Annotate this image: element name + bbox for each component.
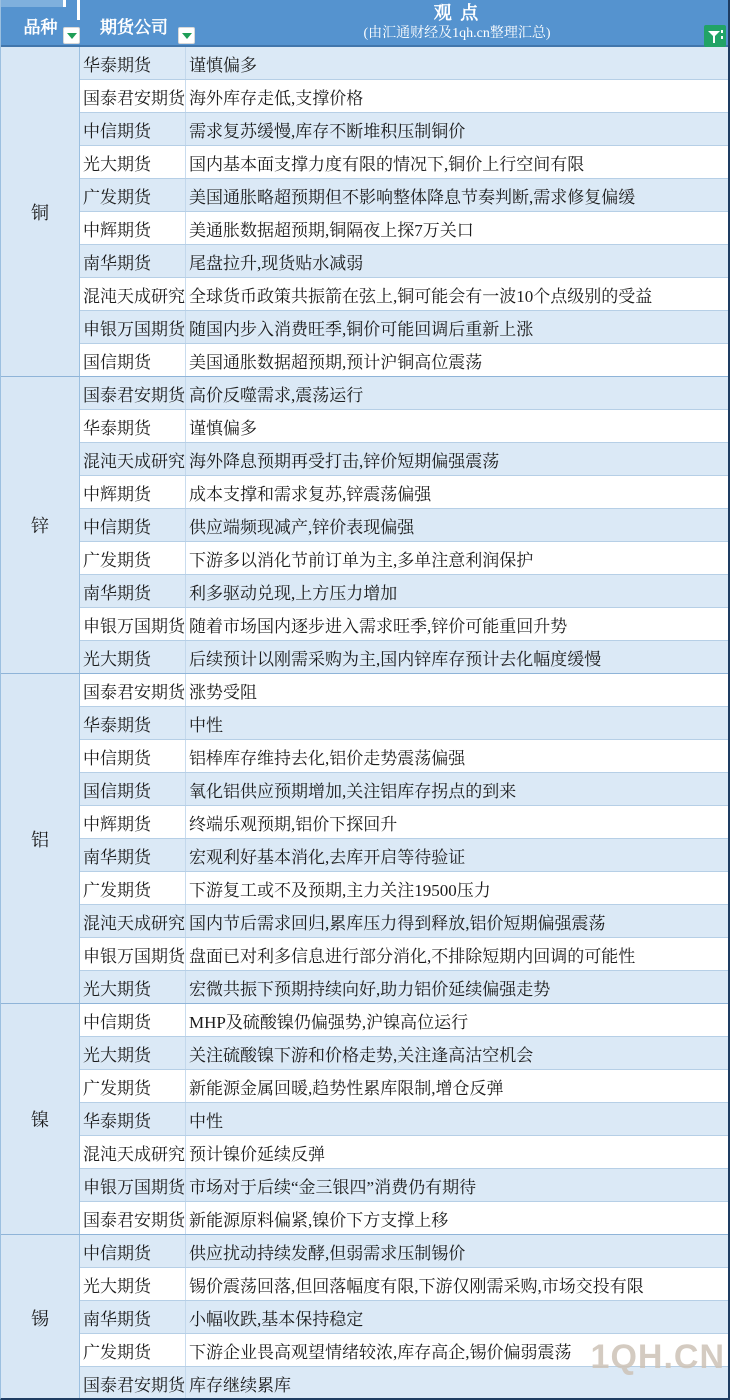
- variety-cell[interactable]: 镍: [1, 1004, 80, 1234]
- table-row: 国泰君安期货库存继续累库: [80, 1367, 728, 1400]
- variety-filter-dropdown-icon[interactable]: [63, 27, 80, 44]
- filter-dots-icon: [721, 30, 723, 42]
- section-rows: 华泰期货谨慎偏多国泰君安期货海外库存走低,支撑价格中信期货需求复苏缓慢,库存不断…: [80, 47, 728, 376]
- view-cell[interactable]: 涨势受阻: [186, 674, 728, 706]
- table-row: 光大期货国内基本面支撑力度有限的情况下,铜价上行空间有限: [80, 146, 728, 179]
- table-row: 光大期货锡价震荡回落,但回落幅度有限,下游仅刚需采购,市场交投有限: [80, 1268, 728, 1301]
- company-cell[interactable]: 广发期货: [80, 542, 186, 574]
- view-cell[interactable]: 随着市场国内逐步进入需求旺季,锌价可能重回升势: [186, 608, 728, 640]
- view-cell[interactable]: 盘面已对利多信息进行部分消化,不排除短期内回调的可能性: [186, 938, 728, 970]
- variety-cell[interactable]: 铝: [1, 674, 80, 1003]
- view-cell[interactable]: 供应端频现减产,锌价表现偏强: [186, 509, 728, 541]
- company-cell[interactable]: 广发期货: [80, 1070, 186, 1102]
- view-cell[interactable]: 尾盘拉升,现货贴水减弱: [186, 245, 728, 277]
- view-cell[interactable]: 下游企业畏高观望情绪较浓,库存高企,锡价偏弱震荡: [186, 1334, 728, 1366]
- company-cell[interactable]: 混沌天成研究: [80, 278, 186, 310]
- table-row: 南华期货尾盘拉升,现货贴水减弱: [80, 245, 728, 278]
- table-row: 广发期货下游复工或不及预期,主力关注19500压力: [80, 872, 728, 905]
- table-row: 光大期货后续预计以刚需采购为主,国内锌库存预计去化幅度缓慢: [80, 641, 728, 673]
- company-cell[interactable]: 申银万国期货: [80, 938, 186, 970]
- view-cell[interactable]: 美国通胀略超预期但不影响整体降息节奏判断,需求修复偏缓: [186, 179, 728, 211]
- table-row: 中辉期货美通胀数据超预期,铜隔夜上探7万关口: [80, 212, 728, 245]
- variety-cell[interactable]: 锌: [1, 377, 80, 673]
- company-cell[interactable]: 中辉期货: [80, 476, 186, 508]
- table-row: 中信期货铝棒库存维持去化,铝价走势震荡偏强: [80, 740, 728, 773]
- company-cell[interactable]: 南华期货: [80, 575, 186, 607]
- company-cell[interactable]: 中信期货: [80, 1235, 186, 1267]
- view-cell[interactable]: 新能源原料偏紧,镍价下方支撑上移: [186, 1202, 728, 1234]
- table-row: 光大期货宏微共振下预期持续向好,助力铝价延续偏强走势: [80, 971, 728, 1003]
- table-row: 光大期货关注硫酸镍下游和价格走势,关注逢高沽空机会: [80, 1037, 728, 1070]
- table-body: 铜华泰期货谨慎偏多国泰君安期货海外库存走低,支撑价格中信期货需求复苏缓慢,库存不…: [1, 47, 728, 1400]
- commodity-section: 铝国泰君安期货涨势受阻华泰期货中性中信期货铝棒库存维持去化,铝价走势震荡偏强国信…: [1, 674, 728, 1004]
- company-cell[interactable]: 南华期货: [80, 839, 186, 871]
- table-row: 中信期货供应端频现减产,锌价表现偏强: [80, 509, 728, 542]
- variety-cell[interactable]: 铜: [1, 47, 80, 376]
- company-cell[interactable]: 国泰君安期货: [80, 1367, 186, 1400]
- company-cell[interactable]: 国信期货: [80, 344, 186, 376]
- table-row: 广发期货下游多以消化节前订单为主,多单注意利润保护: [80, 542, 728, 575]
- company-cell[interactable]: 申银万国期货: [80, 608, 186, 640]
- view-cell[interactable]: 氧化铝供应预期增加,关注铝库存拐点的到来: [186, 773, 728, 805]
- view-cell[interactable]: 海外降息预期再受打击,锌价短期偏强震荡: [186, 443, 728, 475]
- company-header-label: 期货公司: [100, 13, 168, 38]
- company-cell[interactable]: 光大期货: [80, 1037, 186, 1069]
- table-row: 混沌天成研究全球货币政策共振箭在弦上,铜可能会有一波10个点级别的受益: [80, 278, 728, 311]
- table-header: 品种 期货公司 观 点 (由汇通财经及1qh.cn整理汇总): [1, 0, 728, 47]
- table-row: 中信期货供应扰动持续发酵,但弱需求压制锡价: [80, 1235, 728, 1268]
- view-cell[interactable]: 中性: [186, 1103, 728, 1135]
- column-header-company[interactable]: 期货公司: [80, 0, 186, 45]
- company-cell[interactable]: 混沌天成研究: [80, 443, 186, 475]
- company-cell[interactable]: 中信期货: [80, 509, 186, 541]
- company-cell[interactable]: 广发期货: [80, 179, 186, 211]
- view-header-subtitle: (由汇通财经及1qh.cn整理汇总): [363, 26, 550, 42]
- commodity-section: 铜华泰期货谨慎偏多国泰君安期货海外库存走低,支撑价格中信期货需求复苏缓慢,库存不…: [1, 47, 728, 377]
- view-cell[interactable]: 利多驱动兑现,上方压力增加: [186, 575, 728, 607]
- company-cell[interactable]: 光大期货: [80, 1268, 186, 1300]
- table-row: 南华期货宏观利好基本消化,去库开启等待验证: [80, 839, 728, 872]
- table-row: 混沌天成研究预计镍价延续反弹: [80, 1136, 728, 1169]
- table-row: 申银万国期货市场对于后续“金三银四”消费仍有期待: [80, 1169, 728, 1202]
- view-cell[interactable]: 关注硫酸镍下游和价格走势,关注逢高沽空机会: [186, 1037, 728, 1069]
- table-row: 中辉期货终端乐观预期,铝价下探回升: [80, 806, 728, 839]
- table-row: 申银万国期货随着市场国内逐步进入需求旺季,锌价可能重回升势: [80, 608, 728, 641]
- commodity-section: 锌国泰君安期货高价反噬需求,震荡运行华泰期货谨慎偏多混沌天成研究海外降息预期再受…: [1, 377, 728, 674]
- view-cell[interactable]: 全球货币政策共振箭在弦上,铜可能会有一波10个点级别的受益: [186, 278, 728, 310]
- view-cell[interactable]: 成本支撑和需求复苏,锌震荡偏强: [186, 476, 728, 508]
- table-row: 广发期货新能源金属回暖,趋势性累库限制,增仓反弹: [80, 1070, 728, 1103]
- view-cell[interactable]: 宏观利好基本消化,去库开启等待验证: [186, 839, 728, 871]
- view-cell[interactable]: 下游复工或不及预期,主力关注19500压力: [186, 872, 728, 904]
- view-cell[interactable]: 锡价震荡回落,但回落幅度有限,下游仅刚需采购,市场交投有限: [186, 1268, 728, 1300]
- company-cell[interactable]: 国泰君安期货: [80, 80, 186, 112]
- company-cell[interactable]: 国信期货: [80, 773, 186, 805]
- company-cell[interactable]: 华泰期货: [80, 707, 186, 739]
- view-cell[interactable]: 小幅收跌,基本保持稳定: [186, 1301, 728, 1333]
- company-cell[interactable]: 混沌天成研究: [80, 1136, 186, 1168]
- table-row: 国泰君安期货海外库存走低,支撑价格: [80, 80, 728, 113]
- view-header-label: 观 点: [434, 3, 481, 24]
- company-cell[interactable]: 南华期货: [80, 1301, 186, 1333]
- variety-cell[interactable]: 锡: [1, 1235, 80, 1400]
- view-cell[interactable]: 美国通胀数据超预期,预计沪铜高位震荡: [186, 344, 728, 376]
- company-cell[interactable]: 光大期货: [80, 641, 186, 673]
- table-row: 混沌天成研究国内节后需求回归,累库压力得到释放,铝价短期偏强震荡: [80, 905, 728, 938]
- table-row: 国泰君安期货新能源原料偏紧,镍价下方支撑上移: [80, 1202, 728, 1234]
- company-cell[interactable]: 中信期货: [80, 113, 186, 145]
- table-row: 中信期货需求复苏缓慢,库存不断堆积压制铜价: [80, 113, 728, 146]
- view-cell[interactable]: 宏微共振下预期持续向好,助力铝价延续偏强走势: [186, 971, 728, 1003]
- view-cell[interactable]: 预计镍价延续反弹: [186, 1136, 728, 1168]
- header-divider-notch: [77, 0, 80, 20]
- filter-funnel-button[interactable]: [704, 25, 726, 47]
- table-row: 广发期货下游企业畏高观望情绪较浓,库存高企,锡价偏弱震荡: [80, 1334, 728, 1367]
- company-cell[interactable]: 国泰君安期货: [80, 674, 186, 706]
- commodity-section: 镍中信期货MHP及硫酸镍仍偏强势,沪镍高位运行光大期货关注硫酸镍下游和价格走势,…: [1, 1004, 728, 1235]
- table-row: 国信期货氧化铝供应预期增加,关注铝库存拐点的到来: [80, 773, 728, 806]
- company-cell[interactable]: 申银万国期货: [80, 311, 186, 343]
- view-cell[interactable]: 下游多以消化节前订单为主,多单注意利润保护: [186, 542, 728, 574]
- view-cell[interactable]: 谨慎偏多: [186, 410, 728, 442]
- view-cell[interactable]: 库存继续累库: [186, 1367, 728, 1400]
- table-row: 华泰期货谨慎偏多: [80, 410, 728, 443]
- column-header-view[interactable]: 观 点 (由汇通财经及1qh.cn整理汇总): [186, 0, 728, 45]
- variety-header-label: 品种: [24, 13, 58, 38]
- company-cell[interactable]: 中辉期货: [80, 212, 186, 244]
- commodity-section: 锡中信期货供应扰动持续发酵,但弱需求压制锡价光大期货锡价震荡回落,但回落幅度有限…: [1, 1235, 728, 1400]
- view-cell[interactable]: 中性: [186, 707, 728, 739]
- company-cell[interactable]: 国泰君安期货: [80, 377, 186, 409]
- company-cell[interactable]: 中信期货: [80, 1004, 186, 1036]
- company-cell[interactable]: 中信期货: [80, 740, 186, 772]
- view-cell[interactable]: 供应扰动持续发酵,但弱需求压制锡价: [186, 1235, 728, 1267]
- table-row: 国泰君安期货涨势受阻: [80, 674, 728, 707]
- company-cell[interactable]: 南华期货: [80, 245, 186, 277]
- table-row: 南华期货利多驱动兑现,上方压力增加: [80, 575, 728, 608]
- view-cell[interactable]: 国内节后需求回归,累库压力得到释放,铝价短期偏强震荡: [186, 905, 728, 937]
- table-row: 混沌天成研究海外降息预期再受打击,锌价短期偏强震荡: [80, 443, 728, 476]
- view-cell[interactable]: 铝棒库存维持去化,铝价走势震荡偏强: [186, 740, 728, 772]
- table-row: 申银万国期货随国内步入消费旺季,铜价可能回调后重新上涨: [80, 311, 728, 344]
- view-cell[interactable]: MHP及硫酸镍仍偏强势,沪镍高位运行: [186, 1004, 728, 1036]
- view-cell[interactable]: 海外库存走低,支撑价格: [186, 80, 728, 112]
- table-row: 中信期货MHP及硫酸镍仍偏强势,沪镍高位运行: [80, 1004, 728, 1037]
- view-cell[interactable]: 美通胀数据超预期,铜隔夜上探7万关口: [186, 212, 728, 244]
- company-cell[interactable]: 申银万国期货: [80, 1169, 186, 1201]
- company-cell[interactable]: 光大期货: [80, 971, 186, 1003]
- view-cell[interactable]: 谨慎偏多: [186, 47, 728, 79]
- section-rows: 中信期货供应扰动持续发酵,但弱需求压制锡价光大期货锡价震荡回落,但回落幅度有限,…: [80, 1235, 728, 1400]
- table-row: 华泰期货中性: [80, 707, 728, 740]
- header-top-strip: [1, 0, 63, 7]
- table-row: 申银万国期货盘面已对利多信息进行部分消化,不排除短期内回调的可能性: [80, 938, 728, 971]
- company-cell[interactable]: 广发期货: [80, 1334, 186, 1366]
- company-cell[interactable]: 光大期货: [80, 146, 186, 178]
- table-row: 华泰期货谨慎偏多: [80, 47, 728, 80]
- section-rows: 国泰君安期货涨势受阻华泰期货中性中信期货铝棒库存维持去化,铝价走势震荡偏强国信期…: [80, 674, 728, 1003]
- company-filter-dropdown-icon[interactable]: [178, 27, 195, 44]
- company-cell[interactable]: 广发期货: [80, 872, 186, 904]
- company-cell[interactable]: 国泰君安期货: [80, 1202, 186, 1234]
- dropdown-triangle-icon: [182, 33, 192, 39]
- dropdown-triangle-icon: [67, 33, 77, 39]
- view-cell[interactable]: 高价反噬需求,震荡运行: [186, 377, 728, 409]
- company-cell[interactable]: 中辉期货: [80, 806, 186, 838]
- company-cell[interactable]: 华泰期货: [80, 1103, 186, 1135]
- futures-opinion-table: 品种 期货公司 观 点 (由汇通财经及1qh.cn整理汇总) 铜华泰期货谨慎偏多…: [0, 0, 730, 1400]
- company-cell[interactable]: 华泰期货: [80, 47, 186, 79]
- view-cell[interactable]: 后续预计以刚需采购为主,国内锌库存预计去化幅度缓慢: [186, 641, 728, 673]
- company-cell[interactable]: 混沌天成研究: [80, 905, 186, 937]
- section-rows: 中信期货MHP及硫酸镍仍偏强势,沪镍高位运行光大期货关注硫酸镍下游和价格走势,关…: [80, 1004, 728, 1234]
- table-row: 南华期货小幅收跌,基本保持稳定: [80, 1301, 728, 1334]
- table-row: 华泰期货中性: [80, 1103, 728, 1136]
- table-row: 中辉期货成本支撑和需求复苏,锌震荡偏强: [80, 476, 728, 509]
- header-divider-notch: [63, 0, 66, 7]
- table-row: 国泰君安期货高价反噬需求,震荡运行: [80, 377, 728, 410]
- view-cell[interactable]: 市场对于后续“金三银四”消费仍有期待: [186, 1169, 728, 1201]
- table-row: 国信期货美国通胀数据超预期,预计沪铜高位震荡: [80, 344, 728, 376]
- view-cell[interactable]: 终端乐观预期,铝价下探回升: [186, 806, 728, 838]
- filter-funnel-icon: [708, 30, 722, 43]
- view-cell[interactable]: 随国内步入消费旺季,铜价可能回调后重新上涨: [186, 311, 728, 343]
- table-row: 广发期货美国通胀略超预期但不影响整体降息节奏判断,需求修复偏缓: [80, 179, 728, 212]
- view-cell[interactable]: 国内基本面支撑力度有限的情况下,铜价上行空间有限: [186, 146, 728, 178]
- company-cell[interactable]: 华泰期货: [80, 410, 186, 442]
- view-cell[interactable]: 需求复苏缓慢,库存不断堆积压制铜价: [186, 113, 728, 145]
- section-rows: 国泰君安期货高价反噬需求,震荡运行华泰期货谨慎偏多混沌天成研究海外降息预期再受打…: [80, 377, 728, 673]
- view-cell[interactable]: 新能源金属回暖,趋势性累库限制,增仓反弹: [186, 1070, 728, 1102]
